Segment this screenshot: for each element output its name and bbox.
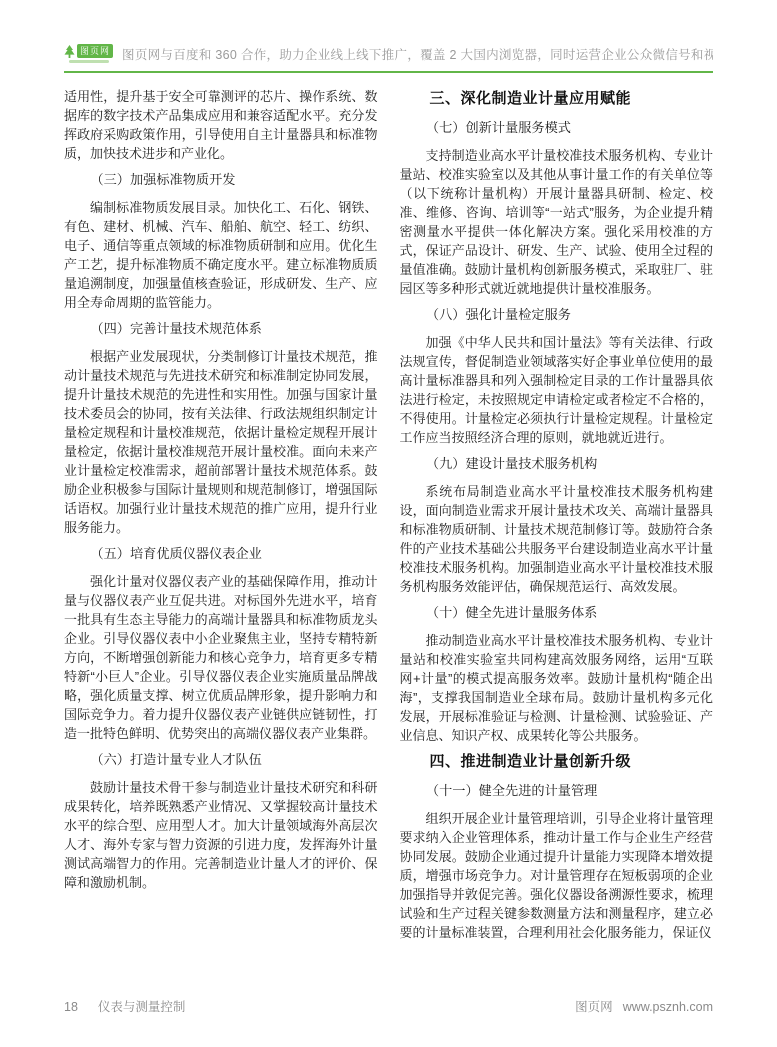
sub-heading: （六）打造计量专业人才队伍: [64, 750, 378, 769]
footer: 18 仪表与测量控制 图页网 www.psznh.com: [64, 997, 713, 1015]
paragraph: 鼓励计量技术骨干参与制造业计量技术研究和科研成果转化，培养既熟悉产业情况、又掌握…: [64, 778, 378, 892]
document-page: 图页网 图页网与百度和 360 合作，助力企业线上线下推广，覆盖 2 大国内浏览…: [0, 0, 777, 1047]
section-heading: 三、深化制造业计量应用赋能: [400, 89, 714, 108]
logo-row: 图页网: [64, 44, 113, 58]
site-url: www.psznh.com: [623, 1000, 713, 1014]
sub-heading: （五）培育优质仪器仪表企业: [64, 544, 378, 563]
document-body: 适用性，提升基于安全可靠测评的芯片、操作系统、数据库的数字技术产品集成应用和兼容…: [64, 73, 713, 949]
paragraph: 编制标准物质发展目录。加快化工、石化、钢铁、有色、建材、机械、汽车、船舶、航空、…: [64, 198, 378, 312]
site-name: 图页网: [575, 997, 613, 1015]
paragraph: 适用性，提升基于安全可靠测评的芯片、操作系统、数据库的数字技术产品集成应用和兼容…: [64, 87, 378, 163]
sub-heading: （十）健全先进计量服务体系: [400, 603, 714, 622]
right-column: 三、深化制造业计量应用赋能（七）创新计量服务模式支持制造业高水平计量校准技术服务…: [400, 87, 714, 949]
sub-heading: （八）强化计量检定服务: [400, 305, 714, 324]
sub-heading: （十一）健全先进的计量管理: [400, 781, 714, 800]
left-column: 适用性，提升基于安全可靠测评的芯片、操作系统、数据库的数字技术产品集成应用和兼容…: [64, 87, 378, 949]
paragraph: 支持制造业高水平计量校准技术服务机构、专业计量站、校准实验室以及其他从事计量工作…: [400, 146, 714, 298]
paragraph: 系统布局制造业高水平计量校准技术服务机构建设，面向制造业需求开展计量技术攻关、高…: [400, 482, 714, 596]
section-heading: 四、推进制造业计量创新升级: [400, 752, 714, 771]
paragraph: 推动制造业高水平计量校准技术服务机构、专业计量站和校准实验室共同构建高效服务网络…: [400, 631, 714, 745]
header: 图页网 图页网与百度和 360 合作，助力企业线上线下推广，覆盖 2 大国内浏览…: [64, 0, 713, 73]
sub-heading: （九）建设计量技术服务机构: [400, 454, 714, 473]
tree-icon: [64, 45, 75, 58]
banner-text: 图页网与百度和 360 合作，助力企业线上线下推广，覆盖 2 大国内浏览器，同时…: [122, 45, 713, 63]
paragraph: 加强《中华人民共和国计量法》等有关法律、行政法规宣传，督促制造业领域落实好企事业…: [400, 333, 714, 447]
footer-left: 18 仪表与测量控制: [64, 997, 185, 1015]
site-logo: 图页网: [64, 44, 113, 63]
logo-tagline: [69, 60, 109, 63]
sub-heading: （三）加强标准物质开发: [64, 170, 378, 189]
sub-heading: （四）完善计量技术规范体系: [64, 319, 378, 338]
paragraph: 根据产业发展现状，分类制修订计量技术规范，推动计量技术规范与先进技术研究和标准制…: [64, 347, 378, 537]
header-banner: 图页网 图页网与百度和 360 合作，助力企业线上线下推广，覆盖 2 大国内浏览…: [64, 44, 713, 73]
sub-heading: （七）创新计量服务模式: [400, 118, 714, 137]
paragraph: 组织开展企业计量管理培训，引导企业将计量管理要求纳入企业管理体系，推动计量工作与…: [400, 809, 714, 942]
journal-title: 仪表与测量控制: [98, 997, 186, 1015]
page-number: 18: [64, 1000, 78, 1014]
logo-text: 图页网: [77, 44, 113, 58]
footer-right: 图页网 www.psznh.com: [575, 997, 713, 1015]
paragraph: 强化计量对仪器仪表产业的基础保障作用，推动计量与仪器仪表产业互促共进。对标国外先…: [64, 572, 378, 743]
